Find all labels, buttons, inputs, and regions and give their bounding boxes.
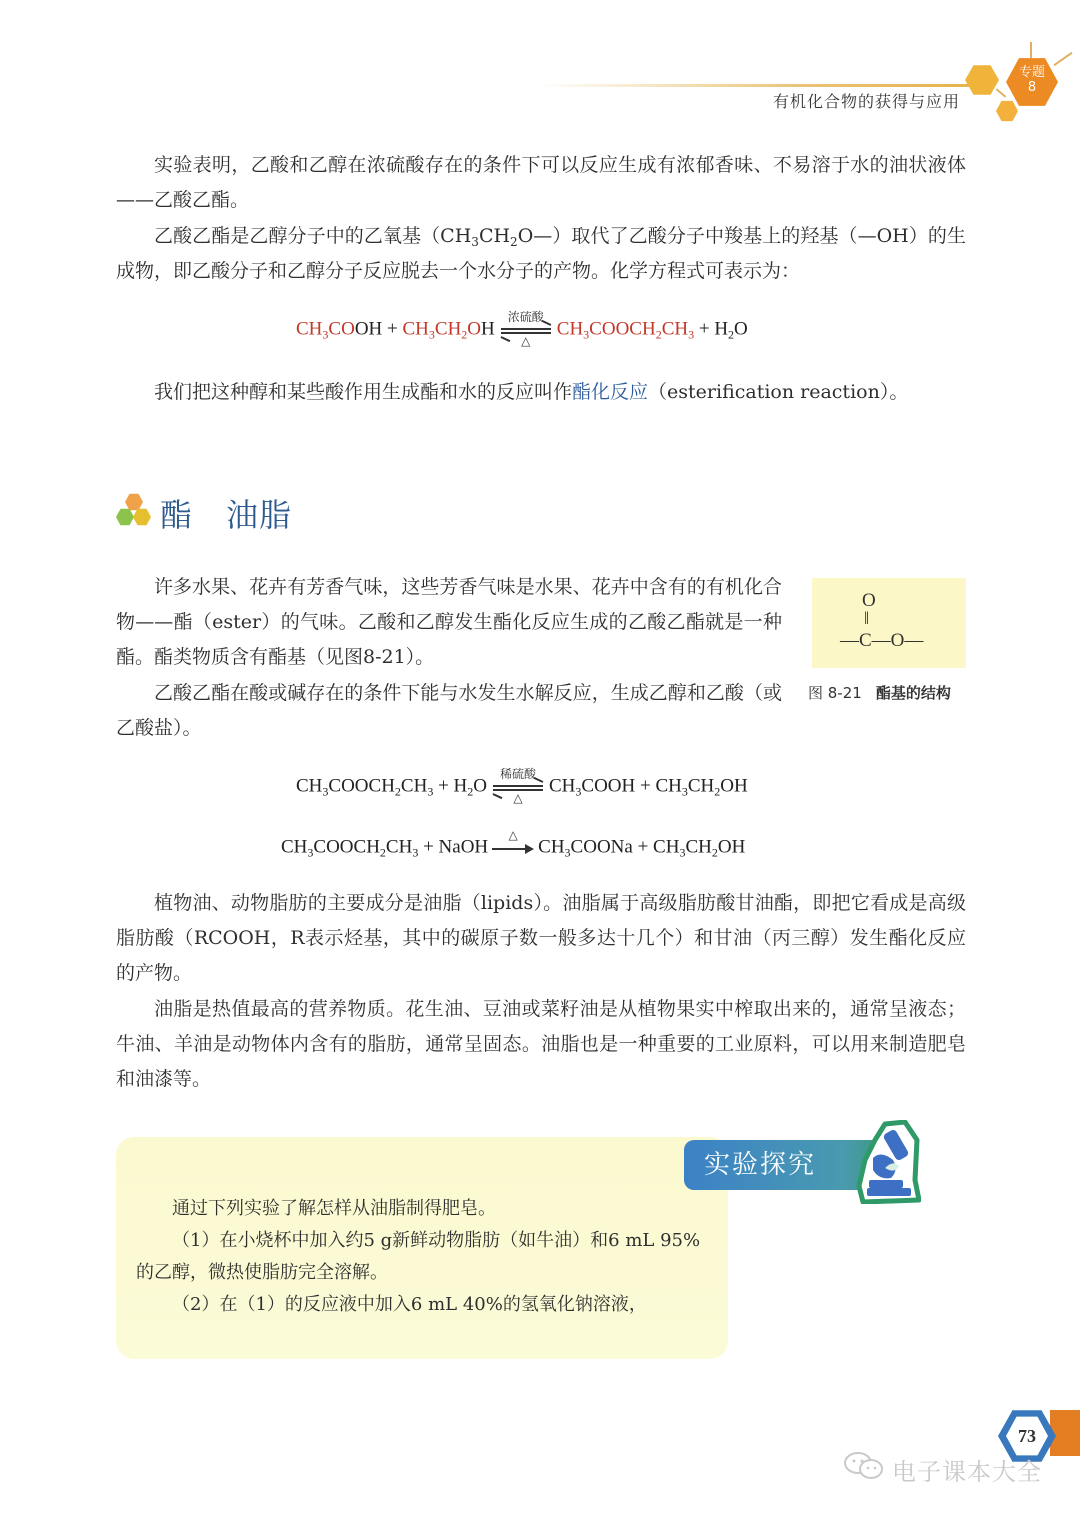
formula: COOH + CH <box>581 775 681 796</box>
formula: CO <box>328 318 354 339</box>
ester-chain: —C—O— <box>840 630 923 652</box>
formula: H <box>481 318 495 339</box>
formula: + NaOH <box>418 836 488 857</box>
chapter-label: 专题 <box>1006 65 1058 80</box>
equation-acid-hydrolysis: CH3COOCH2CH3 + H2O稀硫酸△CH3COOH + CH3CH2OH <box>296 775 748 799</box>
chapter-badge: 专题 8 <box>1006 56 1058 108</box>
formula: O <box>467 318 481 339</box>
equation-base-hydrolysis: CH3COOCH2CH3 + NaOH△CH3COONa + CH3CH2OH <box>281 836 745 860</box>
formula: CH <box>435 318 461 339</box>
figure-ester-group: O ‖ —C—O— <box>812 578 966 668</box>
formula: CH <box>386 836 412 857</box>
header-decoration <box>1030 42 1032 58</box>
reversible-arrow-icon: 稀硫酸△ <box>493 775 543 799</box>
watermark-text: 电子课本大全 <box>892 1452 1042 1487</box>
paragraph-ester-2: 乙酸乙酯在酸或碱存在的条件下能与水发生水解反应，生成乙醇和乙酸（或乙酸盐）。 <box>116 676 782 746</box>
key-term: 酯化反应 <box>572 381 648 403</box>
chapter-number: 8 <box>1006 80 1058 95</box>
paragraph-lipids-2: 油脂是热值最高的营养物质。花生油、豆油或菜籽油是从植物果实中榨取出来的，通常呈液… <box>116 992 966 1097</box>
formula: OH <box>355 318 382 339</box>
figure-caption: 图 8-21酯基的结构 <box>808 682 951 703</box>
text: 我们把这种醇和某些酸作用生成酯和水的反应叫作 <box>154 381 572 403</box>
formula: COOCH <box>589 318 656 339</box>
section-hexagons-icon <box>116 493 154 531</box>
catalyst-label: 浓硫酸 <box>501 308 551 325</box>
paragraph-intro-2: 乙酸乙酯是乙醇分子中的乙氧基（CH3CH2O—）取代了乙酸分子中羧基上的羟基（—… <box>116 219 966 289</box>
formula: CH <box>549 775 575 796</box>
heat-symbol: △ <box>493 791 543 806</box>
page-tab-decoration <box>1050 1410 1080 1456</box>
plus-sign: + <box>387 318 398 339</box>
heat-symbol: △ <box>501 334 551 349</box>
formula: O <box>473 775 487 796</box>
formula: CH <box>688 775 714 796</box>
formula: + H <box>433 775 467 796</box>
formula: CH <box>538 836 564 857</box>
arrow-icon: △ <box>492 836 534 860</box>
reversible-arrow-icon: 浓硫酸△ <box>501 318 551 342</box>
figure-title: 酯基的结构 <box>876 684 951 702</box>
subscript: 3 <box>688 327 694 341</box>
header-decoration <box>1053 52 1072 66</box>
subscript: 3 <box>471 235 479 249</box>
plus-sign: + <box>699 318 710 339</box>
watermark: 电子课本大全 <box>842 1450 1042 1488</box>
text: 乙酸乙酯是乙醇分子中的乙氧基（CH <box>154 225 471 247</box>
paragraph-intro-1: 实验表明，乙酸和乙醇在浓硫酸存在的条件下可以反应生成有浓郁香味、不易溶于水的油状… <box>116 148 966 218</box>
text: CH <box>479 225 510 247</box>
formula: CH <box>296 775 322 796</box>
experiment-step-1: （1）在小烧杯中加入约5 g新鲜动物脂肪（如牛油）和6 mL 95%的乙醇，微热… <box>136 1225 716 1289</box>
formula: CH <box>296 318 322 339</box>
formula: COOCH <box>328 775 395 796</box>
text: （esterification reaction）。 <box>648 381 908 403</box>
formula: OH <box>718 836 745 857</box>
hexagon-decoration-icon <box>965 64 999 96</box>
figure-number: 图 8-21 <box>808 684 862 702</box>
formula: O <box>734 318 748 339</box>
running-title: 有机化合物的获得与应用 <box>773 89 960 112</box>
heat-symbol: △ <box>492 828 534 843</box>
formula: CH <box>557 318 583 339</box>
formula: OH <box>720 775 747 796</box>
equation-esterification: CH3COOH + CH3CH2OH浓硫酸△CH3COOCH2CH3 + H2O <box>296 318 748 342</box>
formula: CH <box>401 775 427 796</box>
formula: COONa + CH <box>571 836 680 857</box>
wechat-icon <box>842 1450 886 1488</box>
section-title: 酯 油脂 <box>160 490 292 536</box>
experiment-intro: 通过下列实验了解怎样从油脂制得肥皂。 <box>136 1193 716 1225</box>
microscope-icon <box>855 1120 921 1204</box>
header-decoration <box>996 88 1006 97</box>
formula: COOCH <box>313 836 380 857</box>
experiment-badge: 实验探究 <box>684 1140 884 1190</box>
header-rule <box>540 84 980 87</box>
subscript: 2 <box>510 235 518 249</box>
formula: CH <box>662 318 688 339</box>
experiment-step-2: （2）在（1）的反应液中加入6 mL 40%的氢氧化钠溶液， <box>136 1289 716 1321</box>
formula: H <box>714 318 728 339</box>
double-bond: ‖ <box>864 608 869 629</box>
formula: CH <box>402 318 428 339</box>
hexagon-decoration-icon <box>996 100 1018 122</box>
formula: CH <box>685 836 711 857</box>
paragraph-lipids-1: 植物油、动物脂肪的主要成分是油脂（lipids）。油脂属于高级脂肪酸甘油酯，即把… <box>116 886 966 991</box>
formula: CH <box>281 836 307 857</box>
paragraph-definition: 我们把这种醇和某些酸作用生成酯和水的反应叫作酯化反应（esterificatio… <box>116 375 966 410</box>
paragraph-ester-1: 许多水果、花卉有芳香气味，这些芳香气味是水果、花卉中含有的有机化合物——酯（es… <box>116 570 782 675</box>
